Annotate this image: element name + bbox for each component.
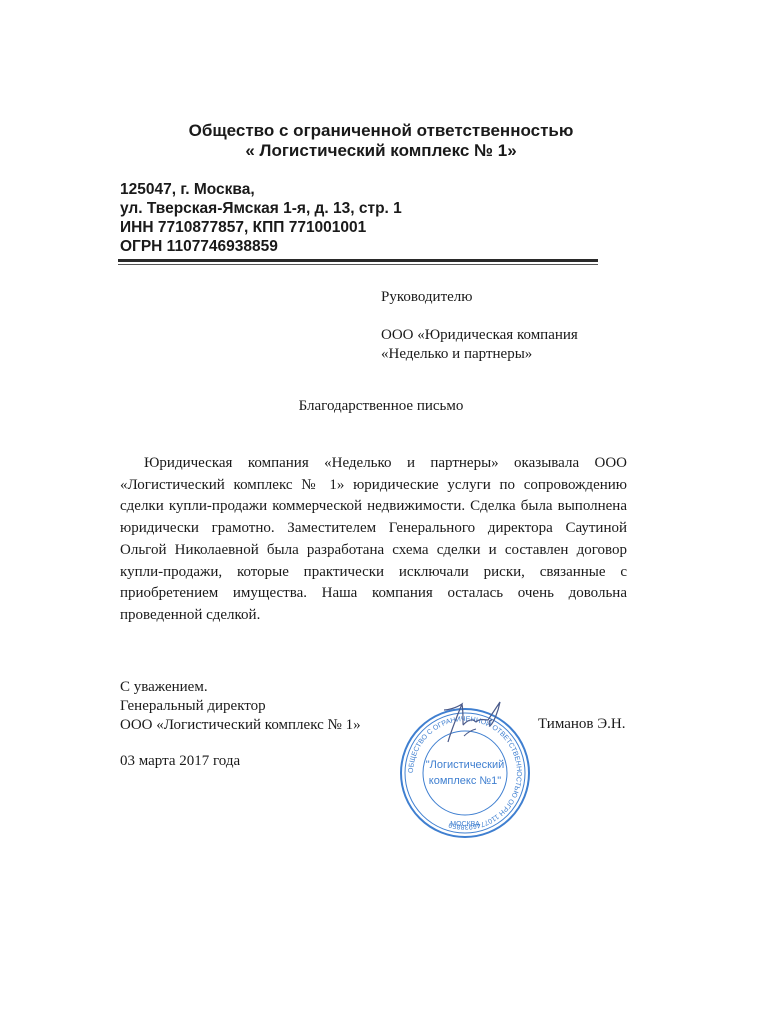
address-line-1: 125047, г. Москва,: [120, 180, 255, 199]
ogrn-line: ОГРН 1107746938859: [120, 237, 278, 256]
header-divider-thick: [118, 259, 598, 262]
svg-text:"Логистический: "Логистический: [426, 759, 505, 771]
company-stamp: ОБЩЕСТВО С ОГРАНИЧЕННОЙ ОТВЕТСТВЕННОСТЬЮ…: [398, 706, 532, 840]
body-paragraph: Юридическая компания «Неделько и партнер…: [120, 453, 627, 627]
letter-body: Юридическая компания «Неделько и партнер…: [120, 453, 627, 627]
header-divider-thin: [118, 264, 598, 265]
letter-date: 03 марта 2017 года: [120, 752, 240, 772]
signer-company: ООО «Логистический комплекс № 1»: [120, 716, 361, 736]
recipient-company-line1: ООО «Юридическая компания: [381, 326, 578, 345]
svg-text:МОСКВА: МОСКВА: [450, 821, 480, 828]
company-name-line2: « Логистический комплекс № 1»: [0, 141, 762, 161]
recipient-title: Руководителю: [381, 288, 472, 307]
handwritten-signature-icon: [418, 698, 508, 748]
recipient-company-line2: «Неделько и партнеры»: [381, 345, 532, 364]
address-line-2: ул. Тверская-Ямская 1-я, д. 13, стр. 1: [120, 199, 402, 218]
closing: С уважением.: [120, 678, 208, 698]
document-title: Благодарственное письмо: [0, 398, 762, 415]
signer-position: Генеральный директор: [120, 697, 266, 717]
svg-text:комплекс №1": комплекс №1": [429, 775, 502, 787]
company-name-line1: Общество с ограниченной ответственностью: [0, 121, 762, 141]
tax-ids-line: ИНН 7710877857, КПП 771001001: [120, 218, 366, 237]
signer-name: Тиманов Э.Н.: [538, 716, 625, 733]
